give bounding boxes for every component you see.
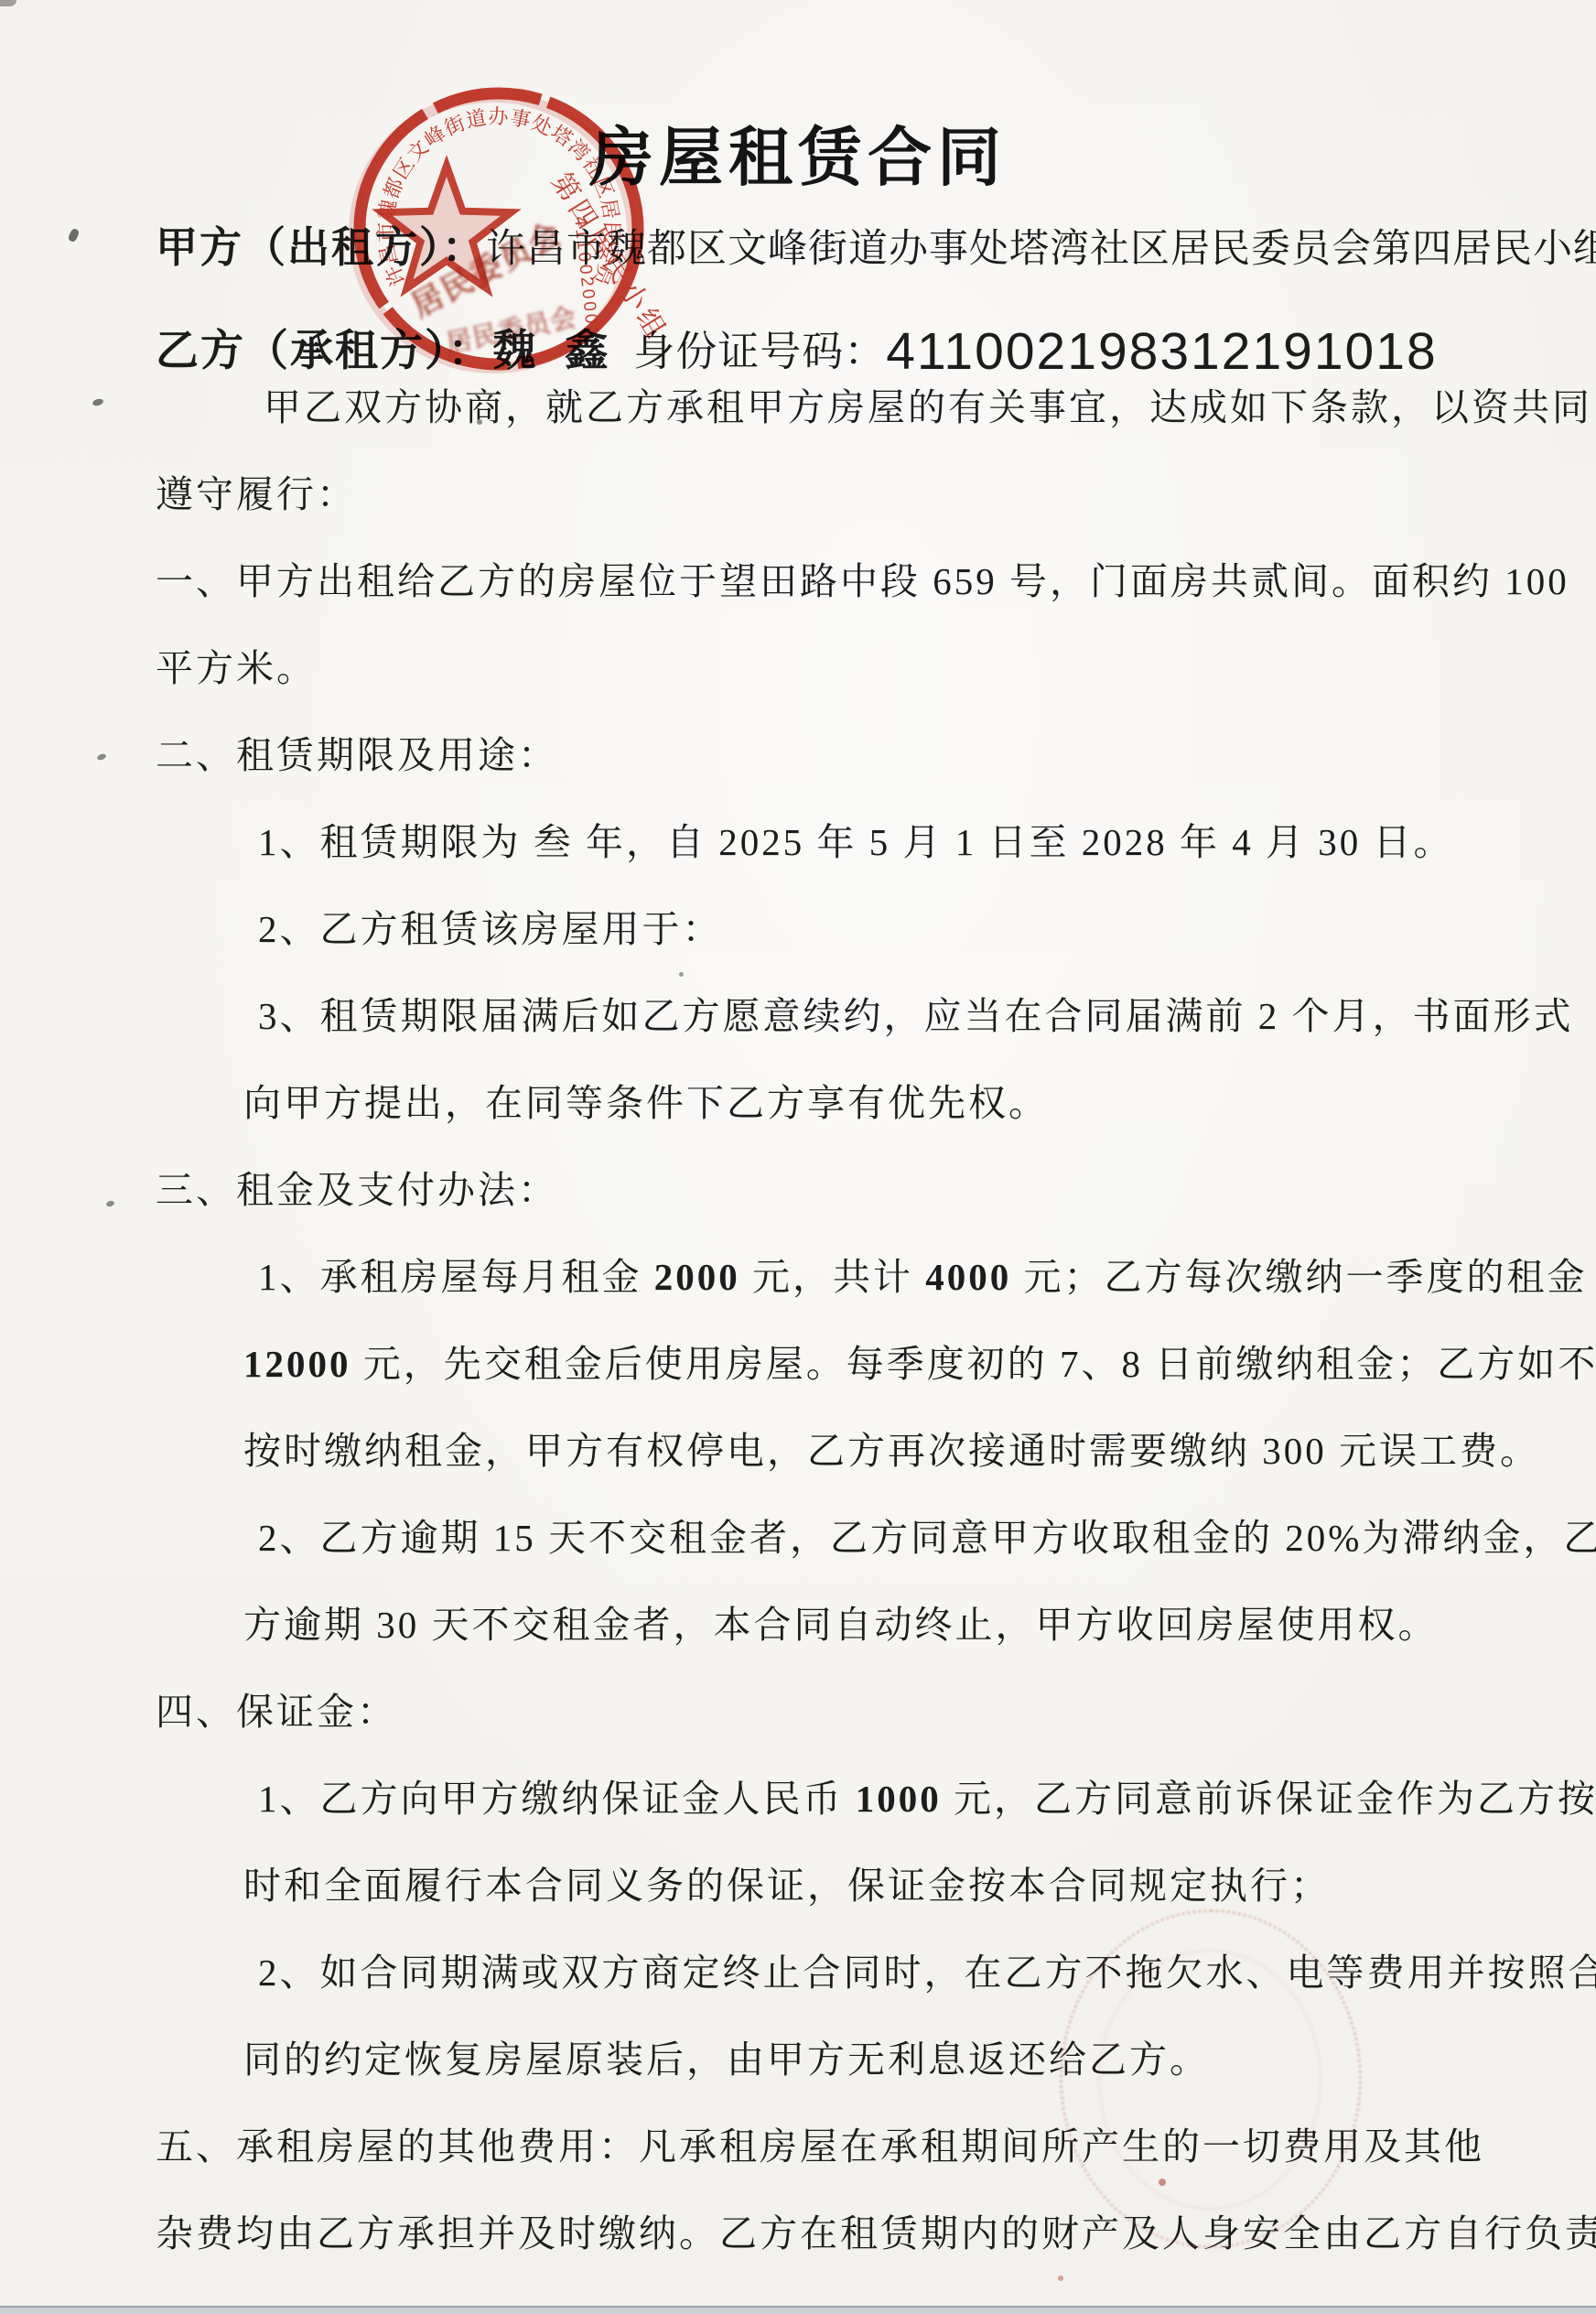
contract-line: 2、乙方租赁该房屋用于： bbox=[0, 886, 1596, 973]
contract-page: 房屋租赁合同 甲方（出租方）：许昌市魏都区文峰街道办事处塔湾社区居民委员会第四居… bbox=[0, 0, 1596, 2314]
scan-edge-strip bbox=[0, 2306, 1596, 2314]
scan-corner-mark bbox=[0, 0, 16, 6]
contract-line: 三、租金及支付办法： bbox=[0, 1147, 1596, 1234]
contract-line: 1、乙方向甲方缴纳保证金人民币 1000 元，乙方同意前诉保证金作为乙方按 bbox=[0, 1756, 1596, 1843]
contract-line: 平方米。 bbox=[0, 625, 1596, 712]
contract-body: 甲乙双方协商，就乙方承租甲方房屋的有关事宜，达成如下条款，以资共同遵守履行：一、… bbox=[0, 364, 1596, 2277]
scan-speck bbox=[679, 972, 684, 977]
contract-line: 1、租赁期限为 叁 年，自 2025 年 5 月 1 日至 2028 年 4 月… bbox=[0, 799, 1596, 886]
scan-speck bbox=[1159, 2179, 1166, 2186]
scan-speck bbox=[477, 419, 482, 425]
contract-line: 四、保证金： bbox=[0, 1669, 1596, 1756]
contract-line: 2、乙方逾期 15 天不交租金者，乙方同意甲方收取租金的 20%为滞纳金，乙 bbox=[0, 1495, 1596, 1582]
contract-line: 按时缴纳租金，甲方有权停电，乙方再次接通时需要缴纳 300 元误工费。 bbox=[0, 1408, 1596, 1495]
contract-line: 向甲方提出，在同等条件下乙方享有优先权。 bbox=[0, 1060, 1596, 1147]
contract-line: 1、承租房屋每月租金 2000 元，共计 4000 元；乙方每次缴纳一季度的租金 bbox=[0, 1234, 1596, 1321]
contract-line: 2、如合同期满或双方商定终止合同时，在乙方不拖欠水、电等费用并按照合 bbox=[0, 1930, 1596, 2017]
contract-line: 同的约定恢复房屋原装后，由甲方无利息返还给乙方。 bbox=[0, 2017, 1596, 2103]
contract-line: 杂费均由乙方承担并及时缴纳。乙方在租赁期内的财产及人身安全由乙方自行负责， bbox=[0, 2190, 1596, 2277]
contract-line: 遵守履行： bbox=[0, 451, 1596, 538]
contract-line: 3、租赁期限届满后如乙方愿意续约，应当在合同届满前 2 个月，书面形式 bbox=[0, 973, 1596, 1060]
document-title: 房屋租赁合同 bbox=[0, 106, 1596, 199]
contract-line: 一、甲方出租给乙方的房屋位于望田路中段 659 号，门面房共贰间。面积约 100 bbox=[0, 538, 1596, 625]
scan-speck bbox=[67, 228, 80, 243]
contract-line: 二、租赁期限及用途： bbox=[0, 712, 1596, 799]
contract-line: 五、承租房屋的其他费用：凡承租房屋在承租期间所产生的一切费用及其他 bbox=[0, 2103, 1596, 2190]
contract-line: 12000 元，先交租金后使用房屋。每季度初的 7、8 日前缴纳租金；乙方如不 bbox=[0, 1321, 1596, 1408]
party-a-line: 甲方（出租方）：许昌市魏都区文峰街道办事处塔湾社区居民委员会第四居民小组 bbox=[156, 214, 1596, 275]
party-a-label: 甲方（出租方）： bbox=[156, 224, 486, 271]
contract-line: 方逾期 30 天不交租金者，本合同自动终止，甲方收回房屋使用权。 bbox=[0, 1582, 1596, 1669]
contract-line: 时和全面履行本合同义务的保证，保证金按本合同规定执行； bbox=[0, 1843, 1596, 1930]
party-a-value: 许昌市魏都区文峰街道办事处塔湾社区居民委员会第四居民小组 bbox=[486, 228, 1596, 271]
contract-line: 甲乙双方协商，就乙方承租甲方房屋的有关事宜，达成如下条款，以资共同 bbox=[0, 364, 1596, 451]
scan-speck bbox=[1058, 2276, 1063, 2281]
